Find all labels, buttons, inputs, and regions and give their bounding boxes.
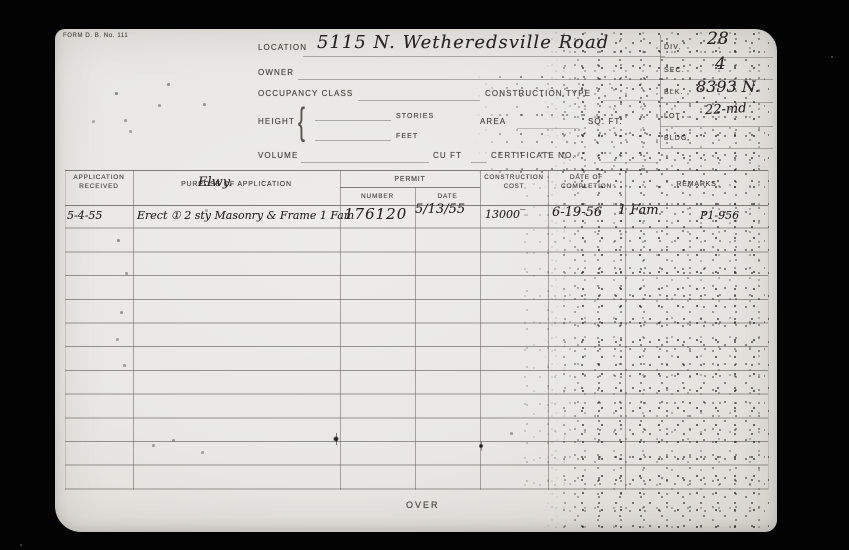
location-value: 5115 N. Wetheredsville Road xyxy=(317,32,609,53)
header-permit: PERMIT xyxy=(340,175,480,184)
height-label: HEIGHT xyxy=(258,117,295,126)
volume-unit-label: CU FT xyxy=(433,151,462,160)
certificate-label: CERTIFICATE NO. xyxy=(491,151,576,160)
row1-cost: 13000‾ xyxy=(485,208,526,221)
table-right-border xyxy=(768,170,769,490)
header-permit-number: NUMBER xyxy=(340,192,415,201)
feet-label: FEET xyxy=(396,133,418,140)
area-rule xyxy=(517,128,579,129)
parcel-blk-label: BLK. xyxy=(664,89,684,96)
permit-subheader-rule xyxy=(340,187,480,188)
ink-blot-mark xyxy=(479,444,484,449)
parcel-lot-label: LOT xyxy=(664,113,681,120)
background-speck xyxy=(20,544,22,546)
volume-label: VOLUME xyxy=(258,151,298,160)
height-brace: { xyxy=(298,101,305,144)
parcel-bldg-label: BLDG. xyxy=(664,135,691,142)
table-body-grid xyxy=(65,205,768,490)
background-speck xyxy=(831,56,833,58)
table-top-border xyxy=(65,170,768,171)
dust-specks xyxy=(115,92,118,95)
stories-rule xyxy=(315,120,391,121)
location-label: LOCATION xyxy=(258,43,307,52)
form-number: FORM D. B. No. 111 xyxy=(63,33,128,39)
parcel-rule-bldg xyxy=(660,148,773,149)
col-divider-cost-completion xyxy=(548,170,549,490)
header-remarks: REMARKS xyxy=(625,180,768,189)
table-left-border xyxy=(65,170,66,490)
record-card: FORM D. B. No. 111 LOCATION 5115 N. Weth… xyxy=(55,29,777,532)
owner-rule xyxy=(298,79,665,80)
stories-label: STORIES xyxy=(396,113,434,120)
area-label: AREA xyxy=(480,117,506,126)
parcel-lot-value: 22-md xyxy=(705,101,747,118)
row1-purpose: Erect ① 2 sty Masonry & Frame 1 Fam xyxy=(137,209,339,222)
header-purpose: PURPOSE OF APPLICATION xyxy=(133,180,340,189)
col-divider-completion-remarks xyxy=(625,170,626,490)
parcel-div-value: 28 xyxy=(707,29,729,49)
construction-type-label: CONSTRUCTION TYPE xyxy=(485,89,591,98)
feet-rule xyxy=(315,140,391,141)
parcel-div-label: DIV. xyxy=(664,44,681,51)
parcel-rule-lot xyxy=(660,126,773,127)
ink-blot-mark xyxy=(333,436,339,442)
parcel-box-left-border xyxy=(660,35,661,148)
row1-permit-number: 176120 xyxy=(344,205,407,223)
volume-rule xyxy=(301,162,429,163)
row1-permit-date: 5/13/55 xyxy=(415,202,465,217)
header-construction-cost: CONSTRUCTION COST xyxy=(480,173,548,191)
row1-received: 5-4-55 xyxy=(67,209,102,222)
area-unit-label: SQ. FT. xyxy=(588,117,623,126)
parcel-sec-label: SEC. xyxy=(664,67,685,74)
parcel-blk-value: 8393 N. xyxy=(696,77,760,96)
certificate-rule xyxy=(601,162,659,163)
over-label: OVER xyxy=(406,500,440,510)
col-divider-received xyxy=(133,170,134,490)
header-date-of-completion: DATE OF COMPLETION xyxy=(548,173,625,191)
row1-completion-note: 1 Fam xyxy=(618,203,659,218)
header-application-received: APPLICATION RECEIVED xyxy=(65,173,133,191)
col-divider-permit-number-date xyxy=(415,187,416,490)
header-permit-date: DATE xyxy=(415,192,480,201)
row1-completion: 6-19-56 xyxy=(552,205,602,220)
purpose-annotation: Elwy. xyxy=(198,175,233,190)
occupancy-rule xyxy=(358,100,480,101)
construction-type-rule xyxy=(603,100,661,101)
certificate-gap-rule xyxy=(471,162,487,163)
parcel-sec-value: 4 xyxy=(715,54,726,74)
row1-remarks: P1-956 xyxy=(700,209,739,222)
location-rule xyxy=(303,56,665,57)
owner-label: OWNER xyxy=(258,68,294,77)
occupancy-class-label: OCCUPANCY CLASS xyxy=(258,89,353,98)
